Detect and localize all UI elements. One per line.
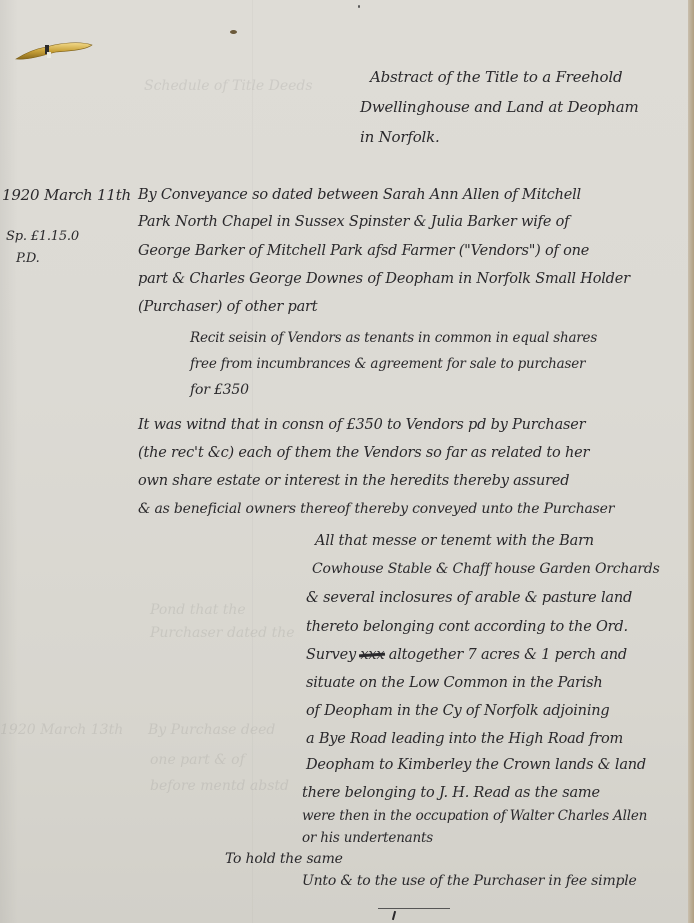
text-line: situate on the Low Common in the Parish [306,676,603,691]
text-line: a Bye Road leading into the High Road fr… [306,732,623,747]
text-line: It was witnd that in consn of £350 to Ve… [138,418,585,433]
bleed-through-text: Pond that the [150,602,246,618]
text-line: were then in the occupation of Walter Ch… [302,810,647,824]
text-line: (the rec't &c) each of them the Vendors … [138,446,589,461]
acreage-text: altogether 7 acres & 1 perch and [389,647,627,663]
bleed-through-text: By Purchase deed [148,722,275,738]
paper-clip-icon [14,40,94,62]
text-line: All that messe or tenemt with the Barn [315,534,594,549]
document-page: Schedule of Title Deeds 1920 March 13th … [0,0,694,923]
text-line: George Barker of Mitchell Park afsd Farm… [138,244,589,259]
struck-out-word: xxx [360,648,384,663]
survey-word: Survey [306,647,356,663]
text-line: Deopham to Kimberley the Crown lands & l… [306,758,646,773]
text-line: Cowhouse Stable & Chaff house Garden Orc… [312,562,660,576]
bleed-through-text: Purchaser dated the [150,625,295,641]
bleed-through-text: one part & of [150,752,245,768]
bleed-through-text: 1920 March 13th [0,722,123,738]
text-line: & as beneficial owners thereof thereby c… [138,502,614,516]
text-line: of Deopham in the Cy of Norfolk adjoinin… [306,704,609,719]
text-line: there belonging to J. H. Read as the sam… [302,786,600,801]
pd-mark: P.D. [16,252,40,265]
text-line: free from incumbrances & agreement for s… [190,358,585,372]
text-line: (Purchaser) of other part [138,300,317,315]
text-line: Survey xxx altogether 7 acres & 1 perch … [306,648,627,663]
entry-date: 1920 March 11th [2,188,131,203]
text-line: Recit seisin of Vendors as tenants in co… [190,332,597,346]
text-line: Unto & to the use of the Purchaser in fe… [302,874,637,888]
text-line: By Conveyance so dated between Sarah Ann… [138,188,581,203]
text-line: or his undertenants [302,832,433,846]
ink-spot [358,5,360,8]
title-line: in Norfolk. [360,130,440,145]
text-line: part & Charles George Downes of Deopham … [138,272,630,287]
bleed-through-text: Schedule of Title Deeds [144,78,313,94]
page-edge [688,0,694,923]
page-rule [378,908,450,909]
text-line: for £350 [190,383,249,397]
title-line: Dwellinghouse and Land at Deopham [360,100,639,115]
text-line: thereto belonging cont according to the … [306,620,628,635]
text-line: To hold the same [225,852,343,866]
ink-spot [230,30,237,34]
text-line: Park North Chapel in Sussex Spinster & J… [138,215,569,230]
stamp-duty: Sp. £1.15.0 [6,230,79,243]
title-line: Abstract of the Title to a Freehold [370,70,622,85]
text-line: & several inclosures of arable & pasture… [306,591,632,606]
page-mark [392,911,396,920]
text-line: own share estate or interest in the here… [138,474,569,489]
bleed-through-text: before mentd abstd [150,778,289,794]
